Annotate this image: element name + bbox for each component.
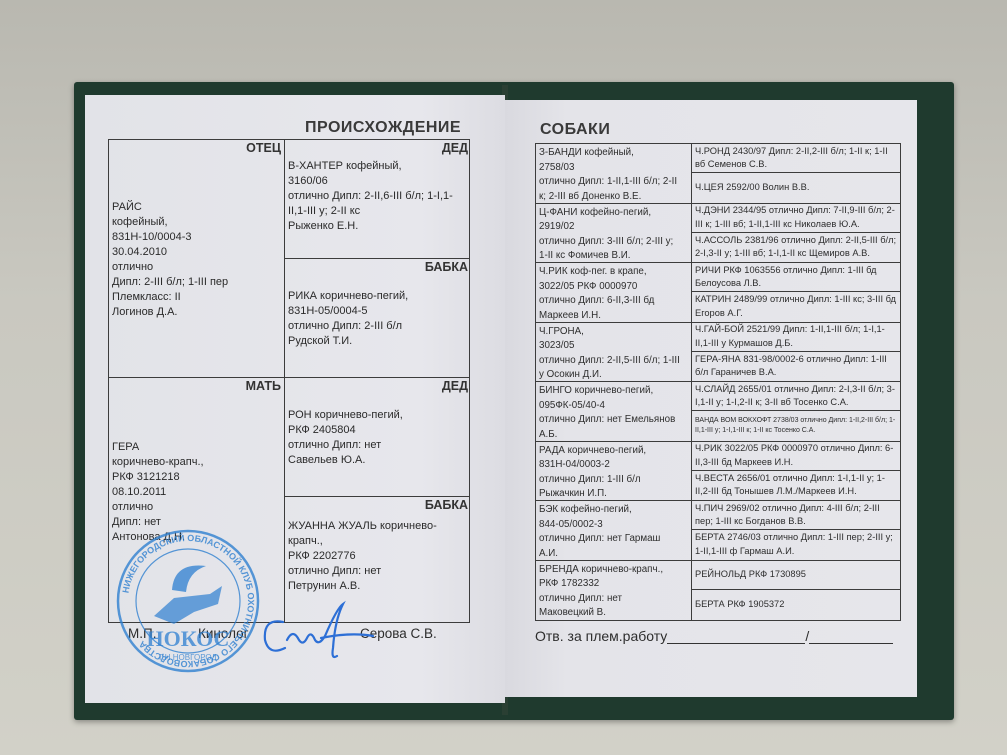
name-field	[809, 629, 893, 644]
dam-cell: ВАНДА ВОМ ВОКХОФТ 2738/03 отлично Дипл: …	[692, 411, 900, 440]
info-line: РКФ 3121218	[112, 470, 204, 485]
father-grandfather-cell: ДЕД В-ХАНТЕР кофейный,3160/06отлично Дип…	[285, 140, 471, 258]
info-line: 3023/05	[539, 339, 688, 354]
info-line: отлично Дипл: нет	[288, 438, 403, 453]
info-line: Ц-ФАНИ кофейно-пегий,	[539, 206, 688, 221]
info-line: 1-II кс Фомичев В.И.	[539, 249, 688, 264]
info-line: 30.04.2010	[112, 245, 228, 260]
info-line: А.И.	[539, 547, 688, 562]
sire-info: Ч.РОНД 2430/97 Дипл: 2-II,2-III б/л; 1-I…	[695, 145, 897, 172]
info-line: 844-05/0002-3	[539, 518, 688, 533]
info-line: крапч.,	[288, 534, 437, 549]
info-line: РКФ 1782332	[539, 577, 688, 592]
info-line: 831Н-10/0004-3	[112, 230, 228, 245]
breeding-responsible-line: Отв. за плем.работу/	[535, 628, 893, 644]
info-line: 2758/03	[539, 161, 688, 176]
info-line: ГЕРА	[112, 440, 204, 455]
mother-cell: МАТЬ ГЕРАкоричнево-крапч.,РКФ 312121808.…	[109, 378, 284, 624]
parent-cell: РАДА коричнево-пегий,831Н-04/0003-2отлич…	[536, 442, 692, 501]
sire-info: Ч.ПИЧ 2969/02 отлично Дипл: 4-III б/л; 2…	[695, 502, 897, 529]
dam-info: ВАНДА ВОМ ВОКХОФТ 2738/03 отлично Дипл: …	[695, 416, 897, 436]
info-line: РАЙС	[112, 200, 228, 215]
ancestor-row: БРЕНДА коричнево-крапч.,РКФ 1782332отлич…	[536, 561, 900, 621]
mother-label: МАТЬ	[246, 379, 281, 394]
grandfather-info: В-ХАНТЕР кофейный,3160/06отлично Дипл: 2…	[288, 159, 453, 234]
info-line: отлично Дипл: 2-III б/л	[288, 319, 408, 334]
dam-cell: ГЕРА-ЯНА 831-98/0002-6 отлично Дипл: 1-I…	[692, 352, 900, 381]
ancestor-row: Ч.РИК коф-пег. в крапе,3022/05 РКФ 00009…	[536, 263, 900, 323]
sire-info: Ч.РИК 3022/05 РКФ 0000970 отлично Дипл: …	[695, 442, 897, 469]
mother-info: ГЕРАкоричнево-крапч.,РКФ 312121808.10.20…	[112, 440, 204, 545]
dam-info: КАТРИН 2489/99 отлично Дипл: 1-III кс; 3…	[695, 293, 897, 320]
parent-cell: Ч.РИК коф-пег. в крапе,3022/05 РКФ 00009…	[536, 263, 692, 322]
info-line: 095ФК-05/40-4	[539, 399, 688, 414]
info-line: отлично Дипл: нет	[288, 564, 437, 579]
info-line: Петрунин А.В.	[288, 579, 437, 594]
dam-cell: БЕРТА 2746/03 отлично Дипл: 1-III пер; 2…	[692, 530, 900, 559]
info-line: БИНГО коричнево-пегий,	[539, 384, 688, 399]
parent-cell: БЭК кофейно-пегий,844-05/0002-3отлично Д…	[536, 501, 692, 560]
info-line: отлично Дипл: 1-II,1-III б/л; 2-II	[539, 175, 688, 190]
info-line: Маковецкий В.	[539, 606, 688, 621]
dam-cell: БЕРТА РКФ 1905372	[692, 590, 900, 620]
info-line: отлично	[112, 260, 228, 275]
info-line: РИКА коричнево-пегий,	[288, 289, 408, 304]
mother-grandmother-cell: БАБКА ЖУАННА ЖУАЛЬ коричнево-крапч.,РКФ …	[285, 497, 471, 624]
grandmother-info: ЖУАННА ЖУАЛЬ коричнево-крапч.,РКФ 220277…	[288, 519, 437, 594]
info-line: к; 2-III вб Доненко В.Е.	[539, 190, 688, 205]
info-line: А.Б.	[539, 428, 688, 443]
info-line: 831Н-04/0003-2	[539, 458, 688, 473]
cynologist-label: Кинолог	[198, 626, 249, 641]
info-line: кофейный,	[112, 215, 228, 230]
info-line: у Осокин Д.И.	[539, 368, 688, 383]
dam-info: БЕРТА 2746/03 отлично Дипл: 1-III пер; 2…	[695, 531, 897, 558]
dam-info: Ч.АССОЛЬ 2381/96 отлично Дипл: 2-II,5-II…	[695, 234, 897, 261]
father-label: ОТЕЦ	[246, 141, 281, 156]
sire-cell: Ч.ДЭНИ 2344/95 отлично Дипл: 7-II,9-III …	[692, 204, 900, 233]
ancestor-row: З-БАНДИ кофейный,2758/03отлично Дипл: 1-…	[536, 144, 900, 204]
stamp-place-label: М.П.	[128, 626, 156, 641]
info-line: отлично	[112, 500, 204, 515]
cynologist-name: Серова С.В.	[360, 626, 437, 641]
info-line: Дипл: 2-III б/л; 1-III пер	[112, 275, 228, 290]
sire-info: Ч.СЛАЙД 2655/01 отлично Дипл: 2-I,3-II б…	[695, 383, 897, 410]
info-line: отлично Дипл: нет Емельянов	[539, 413, 688, 428]
info-line: Рыжачкин И.П.	[539, 487, 688, 502]
info-line: ЖУАННА ЖУАЛЬ коричнево-	[288, 519, 437, 534]
sire-info: Ч.ДЭНИ 2344/95 отлично Дипл: 7-II,9-III …	[695, 204, 897, 231]
info-line: Племкласс: II	[112, 290, 228, 305]
info-line: РКФ 2202776	[288, 549, 437, 564]
ancestor-row: Ц-ФАНИ кофейно-пегий,2919/02отлично Дипл…	[536, 204, 900, 264]
info-line: II,1-III у; 2-II кс	[288, 204, 453, 219]
info-line: отлично Дипл: 3-III б/л; 2-III у;	[539, 235, 688, 250]
info-line: отлично Дипл: нет Гармаш	[539, 532, 688, 547]
ancestor-row: БИНГО коричнево-пегий,095ФК-05/40-4отлич…	[536, 382, 900, 442]
dam-cell: Ч.ВЕСТА 2656/01 отлично Дипл: 1-I,1-II у…	[692, 471, 900, 500]
info-line: 3160/06	[288, 174, 453, 189]
info-line: Рыженко Е.Н.	[288, 219, 453, 234]
info-line: БРЕНДА коричнево-крапч.,	[539, 563, 688, 578]
grandfather-info: РОН коричнево-пегий,РКФ 2405804отлично Д…	[288, 408, 403, 468]
info-line: отлично Дипл: 6-II,3-III бд	[539, 294, 688, 309]
sire-info: Ч.ГАЙ-БОЙ 2521/99 Дипл: 1-II,1-III б/л; …	[695, 323, 897, 350]
grandmother-info: РИКА коричнево-пегий,831Н-05/0004-5отлич…	[288, 289, 408, 349]
sire-cell: РИЧИ РКФ 1063556 отлично Дипл: 1-III бд …	[692, 263, 900, 292]
parent-cell: З-БАНДИ кофейный,2758/03отлично Дипл: 1-…	[536, 144, 692, 203]
grandmother-label: БАБКА	[425, 498, 468, 513]
info-line: Логинов Д.А.	[112, 305, 228, 320]
info-line: РКФ 2405804	[288, 423, 403, 438]
grandmother-label: БАБКА	[425, 260, 468, 275]
dam-info: Ч.ЦЕЯ 2592/00 Волин В.В.	[695, 181, 809, 195]
dam-cell: Ч.АССОЛЬ 2381/96 отлично Дипл: 2-II,5-II…	[692, 233, 900, 262]
dam-cell: Ч.ЦЕЯ 2592/00 Волин В.В.	[692, 173, 900, 202]
info-line: Савельев Ю.А.	[288, 453, 403, 468]
info-line: 3022/05 РКФ 0000970	[539, 280, 688, 295]
sire-cell: РЕЙНОЛЬД РКФ 1730895	[692, 561, 900, 591]
father-cell: ОТЕЦ РАЙСкофейный,831Н-10/0004-330.04.20…	[109, 140, 284, 377]
ancestors-table: З-БАНДИ кофейный,2758/03отлично Дипл: 1-…	[535, 143, 901, 621]
dam-info: ГЕРА-ЯНА 831-98/0002-6 отлично Дипл: 1-I…	[695, 353, 897, 380]
info-line: Рудской Т.И.	[288, 334, 408, 349]
info-line: РОН коричнево-пегий,	[288, 408, 403, 423]
grandfather-label: ДЕД	[442, 141, 468, 156]
ancestor-row: Ч.ГРОНА,3023/05отлично Дипл: 2-II,5-III …	[536, 323, 900, 383]
ancestor-row: РАДА коричнево-пегий,831Н-04/0003-2отлич…	[536, 442, 900, 502]
sire-cell: Ч.РОНД 2430/97 Дипл: 2-II,2-III б/л; 1-I…	[692, 144, 900, 173]
parent-cell: БИНГО коричнево-пегий,095ФК-05/40-4отлич…	[536, 382, 692, 441]
signature-field	[667, 629, 805, 644]
sire-cell: Ч.РИК 3022/05 РКФ 0000970 отлично Дипл: …	[692, 442, 900, 471]
breeding-responsible-label: Отв. за плем.работу	[535, 628, 667, 644]
info-line: 831Н-05/0004-5	[288, 304, 408, 319]
grandfather-label: ДЕД	[442, 379, 468, 394]
info-line: отлично Дипл: нет	[539, 592, 688, 607]
parent-cell: БРЕНДА коричнево-крапч.,РКФ 1782332отлич…	[536, 561, 692, 621]
sire-info: РЕЙНОЛЬД РКФ 1730895	[695, 568, 806, 582]
parent-cell: Ц-ФАНИ кофейно-пегий,2919/02отлично Дипл…	[536, 204, 692, 263]
mother-grandfather-cell: ДЕД РОН коричнево-пегий,РКФ 2405804отлич…	[285, 378, 471, 496]
page-title-origin: ПРОИСХОЖДЕНИЕ	[305, 119, 461, 137]
sire-cell: Ч.ГАЙ-БОЙ 2521/99 Дипл: 1-II,1-III б/л; …	[692, 323, 900, 352]
parent-cell: Ч.ГРОНА,3023/05отлично Дипл: 2-II,5-III …	[536, 323, 692, 382]
info-line: отлично Дипл: 2-II,5-III б/л; 1-III	[539, 354, 688, 369]
father-info: РАЙСкофейный,831Н-10/0004-330.04.2010отл…	[112, 200, 228, 320]
info-line: 08.10.2011	[112, 485, 204, 500]
info-line: БЭК кофейно-пегий,	[539, 503, 688, 518]
sire-cell: Ч.ПИЧ 2969/02 отлично Дипл: 4-III б/л; 2…	[692, 501, 900, 530]
info-line: отлично Дипл: 2-II,6-III б/л; 1-I,1-	[288, 189, 453, 204]
father-grandmother-cell: БАБКА РИКА коричнево-пегий,831Н-05/0004-…	[285, 259, 471, 377]
dam-info: Ч.ВЕСТА 2656/01 отлично Дипл: 1-I,1-II у…	[695, 472, 897, 499]
info-line: коричнево-крапч.,	[112, 455, 204, 470]
info-line: 2919/02	[539, 220, 688, 235]
info-line: РАДА коричнево-пегий,	[539, 444, 688, 459]
dam-cell: КАТРИН 2489/99 отлично Дипл: 1-III кс; 3…	[692, 292, 900, 321]
sire-info: РИЧИ РКФ 1063556 отлично Дипл: 1-III бд …	[695, 264, 897, 291]
info-line: Ч.РИК коф-пег. в крапе,	[539, 265, 688, 280]
sire-cell: Ч.СЛАЙД 2655/01 отлично Дипл: 2-I,3-II б…	[692, 382, 900, 411]
info-line: Антонова Д.Н.	[112, 530, 204, 545]
pedigree-table: ОТЕЦ РАЙСкофейный,831Н-10/0004-330.04.20…	[108, 139, 470, 623]
info-line: отлично Дипл: 1-III б/л	[539, 473, 688, 488]
info-line: Ч.ГРОНА,	[539, 325, 688, 340]
info-line: Дипл: нет	[112, 515, 204, 530]
info-line: В-ХАНТЕР кофейный,	[288, 159, 453, 174]
ancestor-row: БЭК кофейно-пегий,844-05/0002-3отлично Д…	[536, 501, 900, 561]
page-title-dogs: СОБАКИ	[540, 121, 610, 139]
dam-info: БЕРТА РКФ 1905372	[695, 598, 784, 612]
info-line: З-БАНДИ кофейный,	[539, 146, 688, 161]
info-line: Маркеев И.Н.	[539, 309, 688, 324]
